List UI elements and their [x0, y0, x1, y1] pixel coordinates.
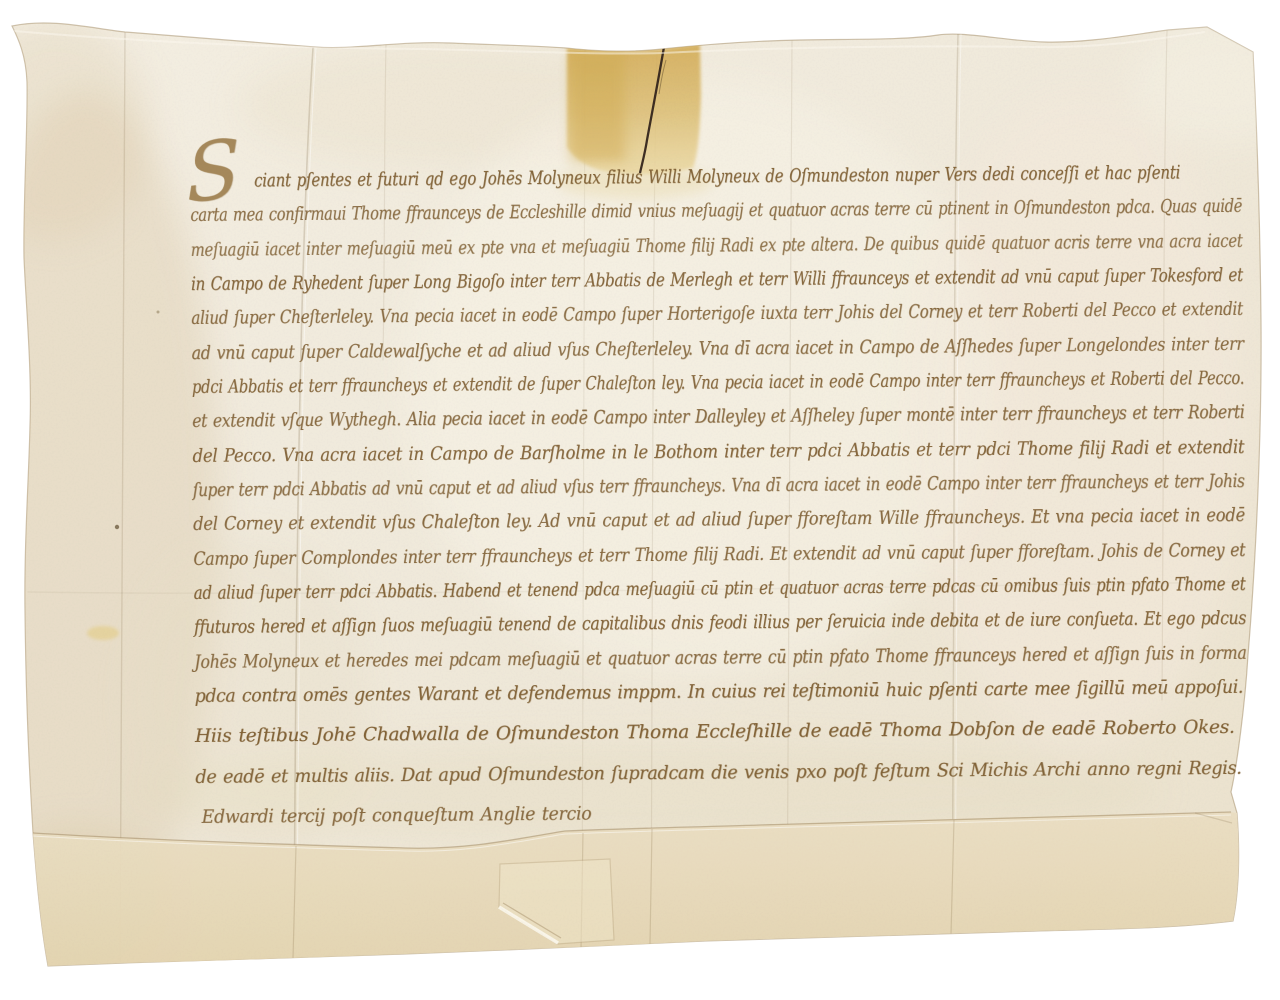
- parchment-surface-detail: [0, 0, 1280, 1000]
- charter-photo: S ciant pſentes et futuri qd ego Johēs M…: [0, 0, 1280, 1000]
- parchment-grain: [0, 0, 1280, 1000]
- parchment-illustration: [0, 0, 1280, 1000]
